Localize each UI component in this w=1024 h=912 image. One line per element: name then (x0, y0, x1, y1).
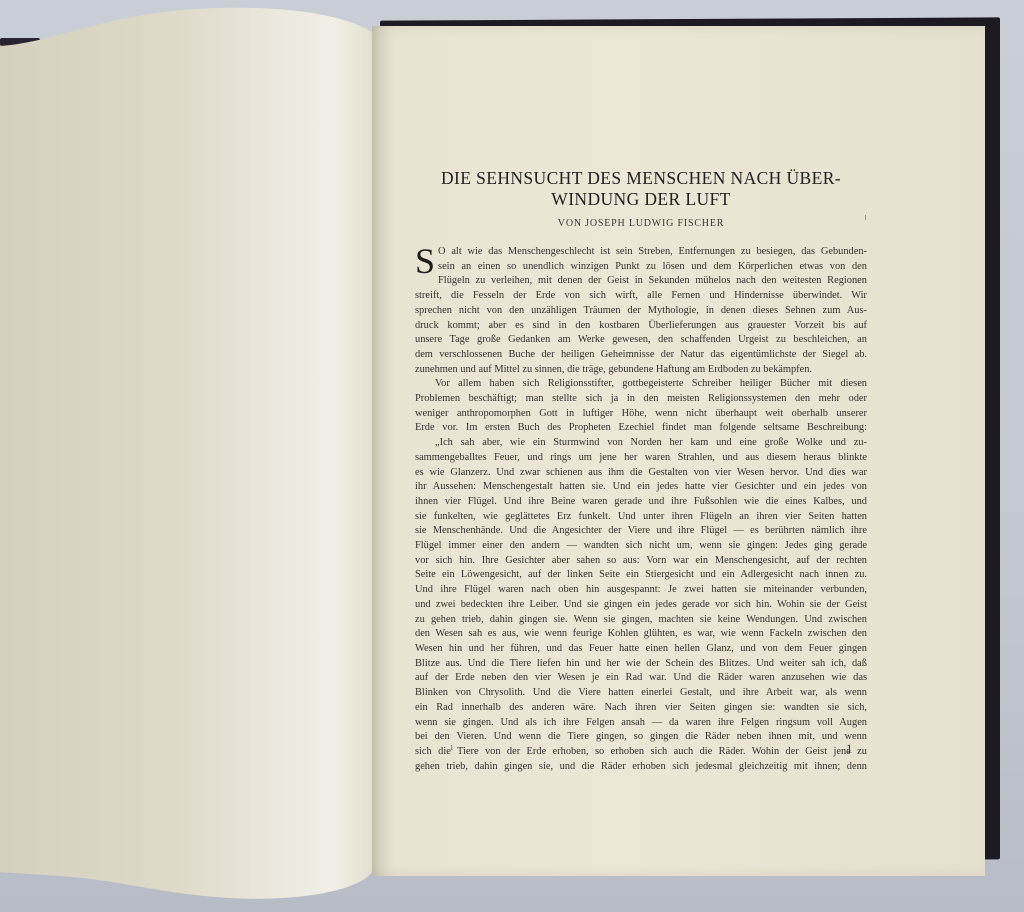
text-line: druck kommt; aber es sind in den kostbar… (415, 319, 867, 334)
text-line: streift, die Fesseln der Erde von sich w… (415, 289, 867, 304)
text-line: weniger anthropomorphen Gott in luftiger… (415, 407, 867, 422)
paragraph-1: S O alt wie das Menschengeschlecht ist s… (415, 245, 867, 377)
article-title: DIE SEHNSUCHT DES MENSCHEN NACH ÜBER- WI… (415, 168, 867, 210)
book-photo: DIE SEHNSUCHT DES MENSCHEN NACH ÜBER- WI… (0, 0, 1024, 912)
text-line: den Wesen sah es aus, wie wenn feurige K… (415, 627, 867, 642)
page-number: 1 (846, 741, 853, 757)
book-cover-edge (0, 38, 40, 46)
text-line: ihnen vier Flügel. Und ihre Beine waren … (415, 495, 867, 510)
text-line: und zwei bedeckten ihre Leiber. Und sie … (415, 598, 867, 613)
text-line: Erde vor. Im ersten Buch des Propheten E… (415, 421, 867, 436)
text-line: Flügeln zu verleihen, mit denen der Geis… (438, 274, 867, 289)
text-line: wenn sie gingen. Und als ich ihre Felgen… (415, 716, 867, 731)
text-line: O alt wie das Menschengeschlecht ist sei… (438, 245, 867, 260)
text-line: sammengeballtes Feuer, und rings um jene… (415, 451, 867, 466)
text-line: ihr Aussehen: Menschengestalt hatten sie… (415, 480, 867, 495)
text-line: ein Rad innerhalb des anderen wäre. Nach… (415, 701, 867, 716)
text-line: Blitze aus. Und die Tiere liefen hin und… (415, 657, 867, 672)
text-line: es wie Glanzerz. Und zwar schienen aus i… (415, 466, 867, 481)
text-line: Und ihre Flügel waren nach oben hin ausg… (415, 583, 867, 598)
text-line: gehen trieb, dahin gingen sie, und die R… (415, 760, 867, 775)
text-line: „Ich sah aber, wie ein Sturmwind von Nor… (415, 436, 867, 451)
text-line: vor sich hin. Ihre Gesichter aber sahen … (415, 554, 867, 569)
text-line: sich die Tiere von der Erde erhoben, so … (415, 745, 867, 760)
text-line: dem verschlossenen Buche der heiligen Ge… (415, 348, 867, 363)
text-line: unsere Tage große Gedanken am Werke gewe… (415, 333, 867, 348)
title-line-2: WINDUNG DER LUFT (551, 189, 730, 209)
left-page (0, 0, 390, 912)
title-line-1: DIE SEHNSUCHT DES MENSCHEN NACH ÜBER- (441, 168, 841, 188)
text-line: sprechen nicht von den unzähligen Träume… (415, 304, 867, 319)
text-line: sein an einen so unendlich winzigen Punk… (438, 260, 867, 275)
text-line: Flügel immer einer den andern — wandten … (415, 539, 867, 554)
margin-mark (865, 215, 866, 220)
text-line: Seite ein Löwengesicht, auf der linken S… (415, 568, 867, 583)
text-line: Problemen beschäftigt; man stellte sich … (415, 392, 867, 407)
drop-cap: S (415, 247, 435, 275)
author-byline: VON JOSEPH LUDWIG FISCHER (415, 218, 867, 229)
text-line: sie Menschenhände. Und die Angesichter d… (415, 524, 867, 539)
text-line: auf der Erde neben den vier Wesen je ein… (415, 671, 867, 686)
text-line: Wesen hin und her führen, und das Feuer … (415, 642, 867, 657)
text-line: zu gehen trieb, dahin gingen sie. Wenn s… (415, 613, 867, 628)
article: DIE SEHNSUCHT DES MENSCHEN NACH ÜBER- WI… (415, 168, 867, 774)
text-line: sie funkelten, wie geglättetes Erz funke… (415, 510, 867, 525)
paragraph-2: Vor allem haben sich Religionsstifter, g… (415, 377, 867, 436)
text-line: Blinken von Chrysolith. Und die Viere ha… (415, 686, 867, 701)
signature-mark: 1 (450, 744, 454, 752)
text-line: zunehmen und auf Mittel zu sinnen, die t… (415, 363, 867, 378)
text-line: bei den Vieren. Und wenn die Tiere ginge… (415, 730, 867, 745)
paragraph-3-quote: „Ich sah aber, wie ein Sturmwind von Nor… (415, 436, 867, 774)
text-line: Vor allem haben sich Religionsstifter, g… (415, 377, 867, 392)
